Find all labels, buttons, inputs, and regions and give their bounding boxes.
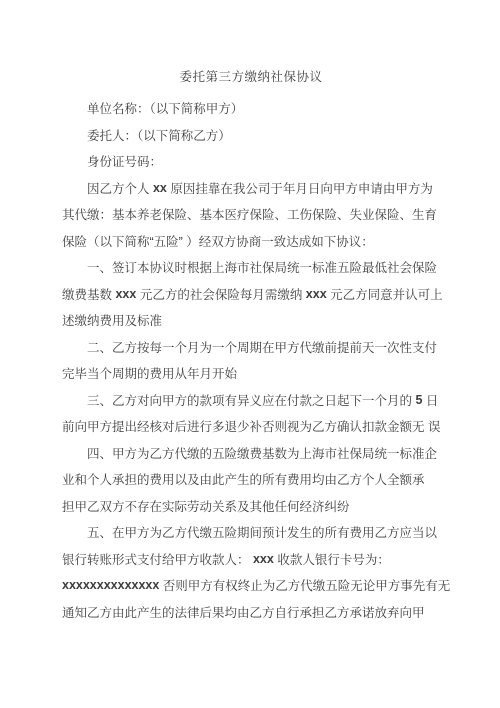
document-line: 担甲乙双方不存在实际劳动关系及其他任何经济纠纷 — [62, 493, 440, 520]
document-line: 委托人：（以下简称乙方） — [62, 122, 440, 149]
line-text: 四、甲方为乙方代缴的五险缴费基数为上海市社保局统一标准企 — [87, 444, 437, 462]
line-text: 二、乙方按每一个月为一个周期在甲方代缴前提前天一次性支付 — [87, 338, 437, 356]
line-text: 否则甲方有权终止为乙方代缴五险无论甲方事先有无 — [159, 576, 450, 594]
document-line: 通知乙方由此产生的法律后果均由乙方自行承担乙方承诺放弃向甲 — [62, 599, 440, 626]
line-text: 通知乙方由此产生的法律后果均由乙方自行承担乙方承诺放弃向甲 — [62, 603, 425, 621]
line-text: 身份证号码： — [87, 152, 162, 170]
document-line: 四、甲方为乙方代缴的五险缴费基数为上海市社保局统一标准企 — [62, 440, 440, 467]
document-page: 委托第三方缴纳社保协议 单位名称：（以下简称甲方）委托人：（以下简称乙方）身份证… — [0, 0, 500, 708]
document-line: 单位名称：（以下简称甲方） — [62, 95, 440, 122]
document-line: 二、乙方按每一个月为一个周期在甲方代缴前提前天一次性支付 — [62, 334, 440, 361]
document-line: 三、乙方对向甲方的款项有异义应在付款之日起下一个月的 5 日 — [62, 387, 440, 414]
placeholder-value: 5 — [415, 393, 422, 407]
placeholder-value: xxx — [115, 287, 136, 301]
line-text: 日 — [422, 391, 438, 409]
placeholder-value: xxxxxxxxxxxxxx — [62, 578, 159, 592]
document-line: 述缴纳费用及标准 — [62, 307, 440, 334]
document-line: 缴费基数 xxx 元乙方的社会保险每月需缴纳 xxx 元乙方同意并认可上 — [62, 281, 440, 308]
document-line: 五、在甲方为乙方代缴五险期间预计发生的所有费用乙方应当以 — [62, 519, 440, 546]
line-text: 担甲乙双方不存在实际劳动关系及其他任何经济纠纷 — [62, 497, 350, 515]
line-text: 因乙方个人 — [87, 179, 153, 197]
document-line: 其代缴：基本养老保险、基本医疗保险、工伤保险、失业保险、生育 — [62, 201, 440, 228]
document-line: 身份证号码： — [62, 148, 440, 175]
line-text: 述缴纳费用及标准 — [62, 311, 162, 329]
document-body: 单位名称：（以下简称甲方）委托人：（以下简称乙方）身份证号码：因乙方个人 xx … — [62, 95, 440, 625]
document-line: 银行转账形式支付给甲方收款人： xxx 收款人银行卡号为： — [62, 546, 440, 573]
line-text: 业和个人承担的费用以及由此产生的所有费用均由乙方个人全额承 — [62, 470, 425, 488]
line-text: 收款人银行卡号为： — [274, 550, 390, 568]
document-title: 委托第三方缴纳社保协议 — [62, 60, 440, 92]
line-text: 保险（以下简称“五险” ）经双方协商一致达成如下协议： — [62, 232, 374, 250]
line-text: 五、在甲方为乙方代缴五险期间预计发生的所有费用乙方应当以 — [87, 523, 437, 541]
document-line: 因乙方个人 xx 原因挂靠在我公司于年月日向甲方申请由甲方为 — [62, 175, 440, 202]
document-line: 一、签订本协议时根据上海市社保局统一标准五险最低社会保险 — [62, 254, 440, 281]
line-text: 原因挂靠在我公司于年月日向甲方申请由甲方为 — [167, 179, 433, 197]
line-text: 委托人：（以下简称乙方） — [87, 126, 231, 144]
line-text: 元乙方的社会保险每月需缴纳 — [136, 285, 305, 303]
document-line: 完毕当个周期的费用从年月开始 — [62, 360, 440, 387]
placeholder-value: xxx — [253, 552, 274, 566]
document-line: 业和个人承担的费用以及由此产生的所有费用均由乙方个人全额承 — [62, 466, 440, 493]
placeholder-value: xxx — [306, 287, 327, 301]
document-line: 保险（以下简称“五险” ）经双方协商一致达成如下协议： — [62, 228, 440, 255]
line-text: 前向甲方提出经核对后进行多退少补否则视为乙方确认扣款金额无 误 — [62, 417, 440, 435]
document-line: 前向甲方提出经核对后进行多退少补否则视为乙方确认扣款金额无 误 — [62, 413, 440, 440]
line-text: 缴费基数 — [62, 285, 115, 303]
line-text: 单位名称：（以下简称甲方） — [87, 99, 243, 117]
line-text: 三、乙方对向甲方的款项有异义应在付款之日起下一个月的 — [87, 391, 415, 409]
line-text: 元乙方同意并认可上 — [327, 285, 443, 303]
line-text: 一、签订本协议时根据上海市社保局统一标准五险最低社会保险 — [87, 258, 437, 276]
line-text: 银行转账形式支付给甲方收款人： — [62, 550, 253, 568]
placeholder-value: xx — [153, 181, 167, 195]
document-line: xxxxxxxxxxxxxx 否则甲方有权终止为乙方代缴五险无论甲方事先有无 — [62, 572, 440, 599]
line-text: 完毕当个周期的费用从年月开始 — [62, 364, 237, 382]
line-text: 其代缴：基本养老保险、基本医疗保险、工伤保险、失业保险、生育 — [62, 205, 437, 223]
